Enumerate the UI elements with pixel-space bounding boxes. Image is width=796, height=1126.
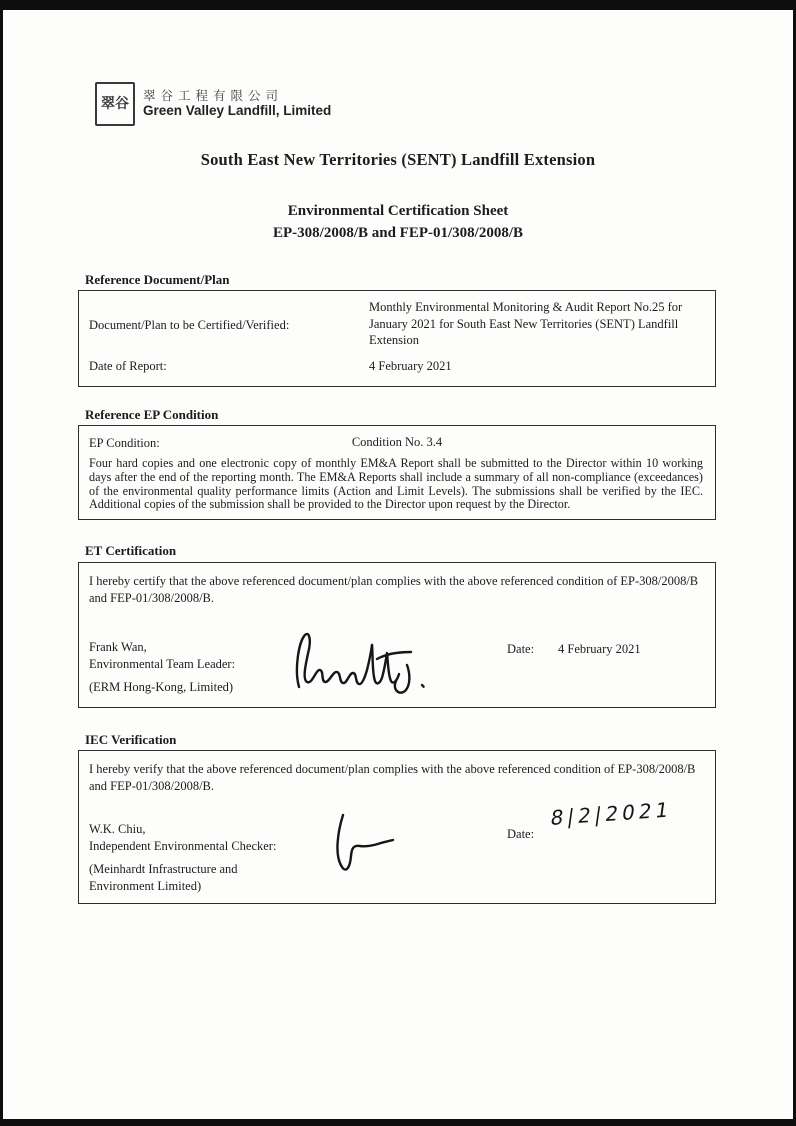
et-signatory-name: Frank Wan, bbox=[89, 640, 147, 655]
document-title: South East New Territories (SENT) Landfi… bbox=[0, 150, 796, 170]
document-plan-label: Document/Plan to be Certified/Verified: bbox=[89, 317, 289, 334]
scan-edge-top bbox=[0, 0, 796, 10]
section-heading-reference-document: Reference Document/Plan bbox=[85, 272, 230, 288]
iec-verification-box: I hereby verify that the above reference… bbox=[78, 750, 716, 904]
reference-document-box: Document/Plan to be Certified/Verified: … bbox=[78, 290, 716, 387]
et-signatory-company: (ERM Hong-Kong, Limited) bbox=[89, 680, 233, 695]
company-name-english: Green Valley Landfill, Limited bbox=[143, 103, 331, 118]
scan-edge-bottom bbox=[0, 1119, 796, 1126]
iec-signature bbox=[331, 809, 411, 887]
et-certification-box: I hereby certify that the above referenc… bbox=[78, 562, 716, 708]
iec-signatory-company-line1: (Meinhardt Infrastructure and bbox=[89, 862, 238, 877]
section-heading-et-certification: ET Certification bbox=[85, 543, 176, 559]
certification-sheet-page: 翠谷 翠谷工程有限公司 Green Valley Landfill, Limit… bbox=[0, 0, 796, 1126]
et-date-label: Date: bbox=[507, 642, 534, 657]
ep-condition-text: Four hard copies and one electronic copy… bbox=[89, 457, 703, 512]
date-of-report-value: 4 February 2021 bbox=[369, 358, 711, 375]
document-subtitle: Environmental Certification Sheet bbox=[0, 203, 796, 220]
section-heading-reference-ep-condition: Reference EP Condition bbox=[85, 407, 218, 423]
ep-condition-number: Condition No. 3.4 bbox=[79, 435, 715, 450]
iec-date-label: Date: bbox=[507, 827, 534, 842]
et-signature bbox=[289, 623, 439, 699]
company-seal-logo: 翠谷 bbox=[95, 82, 135, 126]
iec-statement: I hereby verify that the above reference… bbox=[89, 761, 701, 794]
iec-signatory-company-line2: Environment Limited) bbox=[89, 879, 201, 894]
permit-numbers: EP-308/2008/B and FEP-01/308/2008/B bbox=[0, 225, 796, 242]
section-heading-iec-verification: IEC Verification bbox=[85, 732, 176, 748]
iec-signatory-name: W.K. Chiu, bbox=[89, 822, 146, 837]
et-statement: I hereby certify that the above referenc… bbox=[89, 573, 701, 606]
et-date-value: 4 February 2021 bbox=[558, 642, 641, 657]
ep-condition-box: EP Condition: Condition No. 3.4 Four har… bbox=[78, 425, 716, 520]
company-name-chinese: 翠谷工程有限公司 bbox=[143, 86, 283, 104]
et-signatory-title: Environmental Team Leader: bbox=[89, 657, 235, 672]
iec-signatory-title: Independent Environmental Checker: bbox=[89, 839, 276, 854]
seal-text: 翠谷 bbox=[101, 97, 129, 111]
date-of-report-label: Date of Report: bbox=[89, 358, 167, 375]
document-plan-value: Monthly Environmental Monitoring & Audit… bbox=[369, 299, 711, 349]
iec-date-value-handwritten: 8|2|2021 bbox=[549, 797, 674, 830]
